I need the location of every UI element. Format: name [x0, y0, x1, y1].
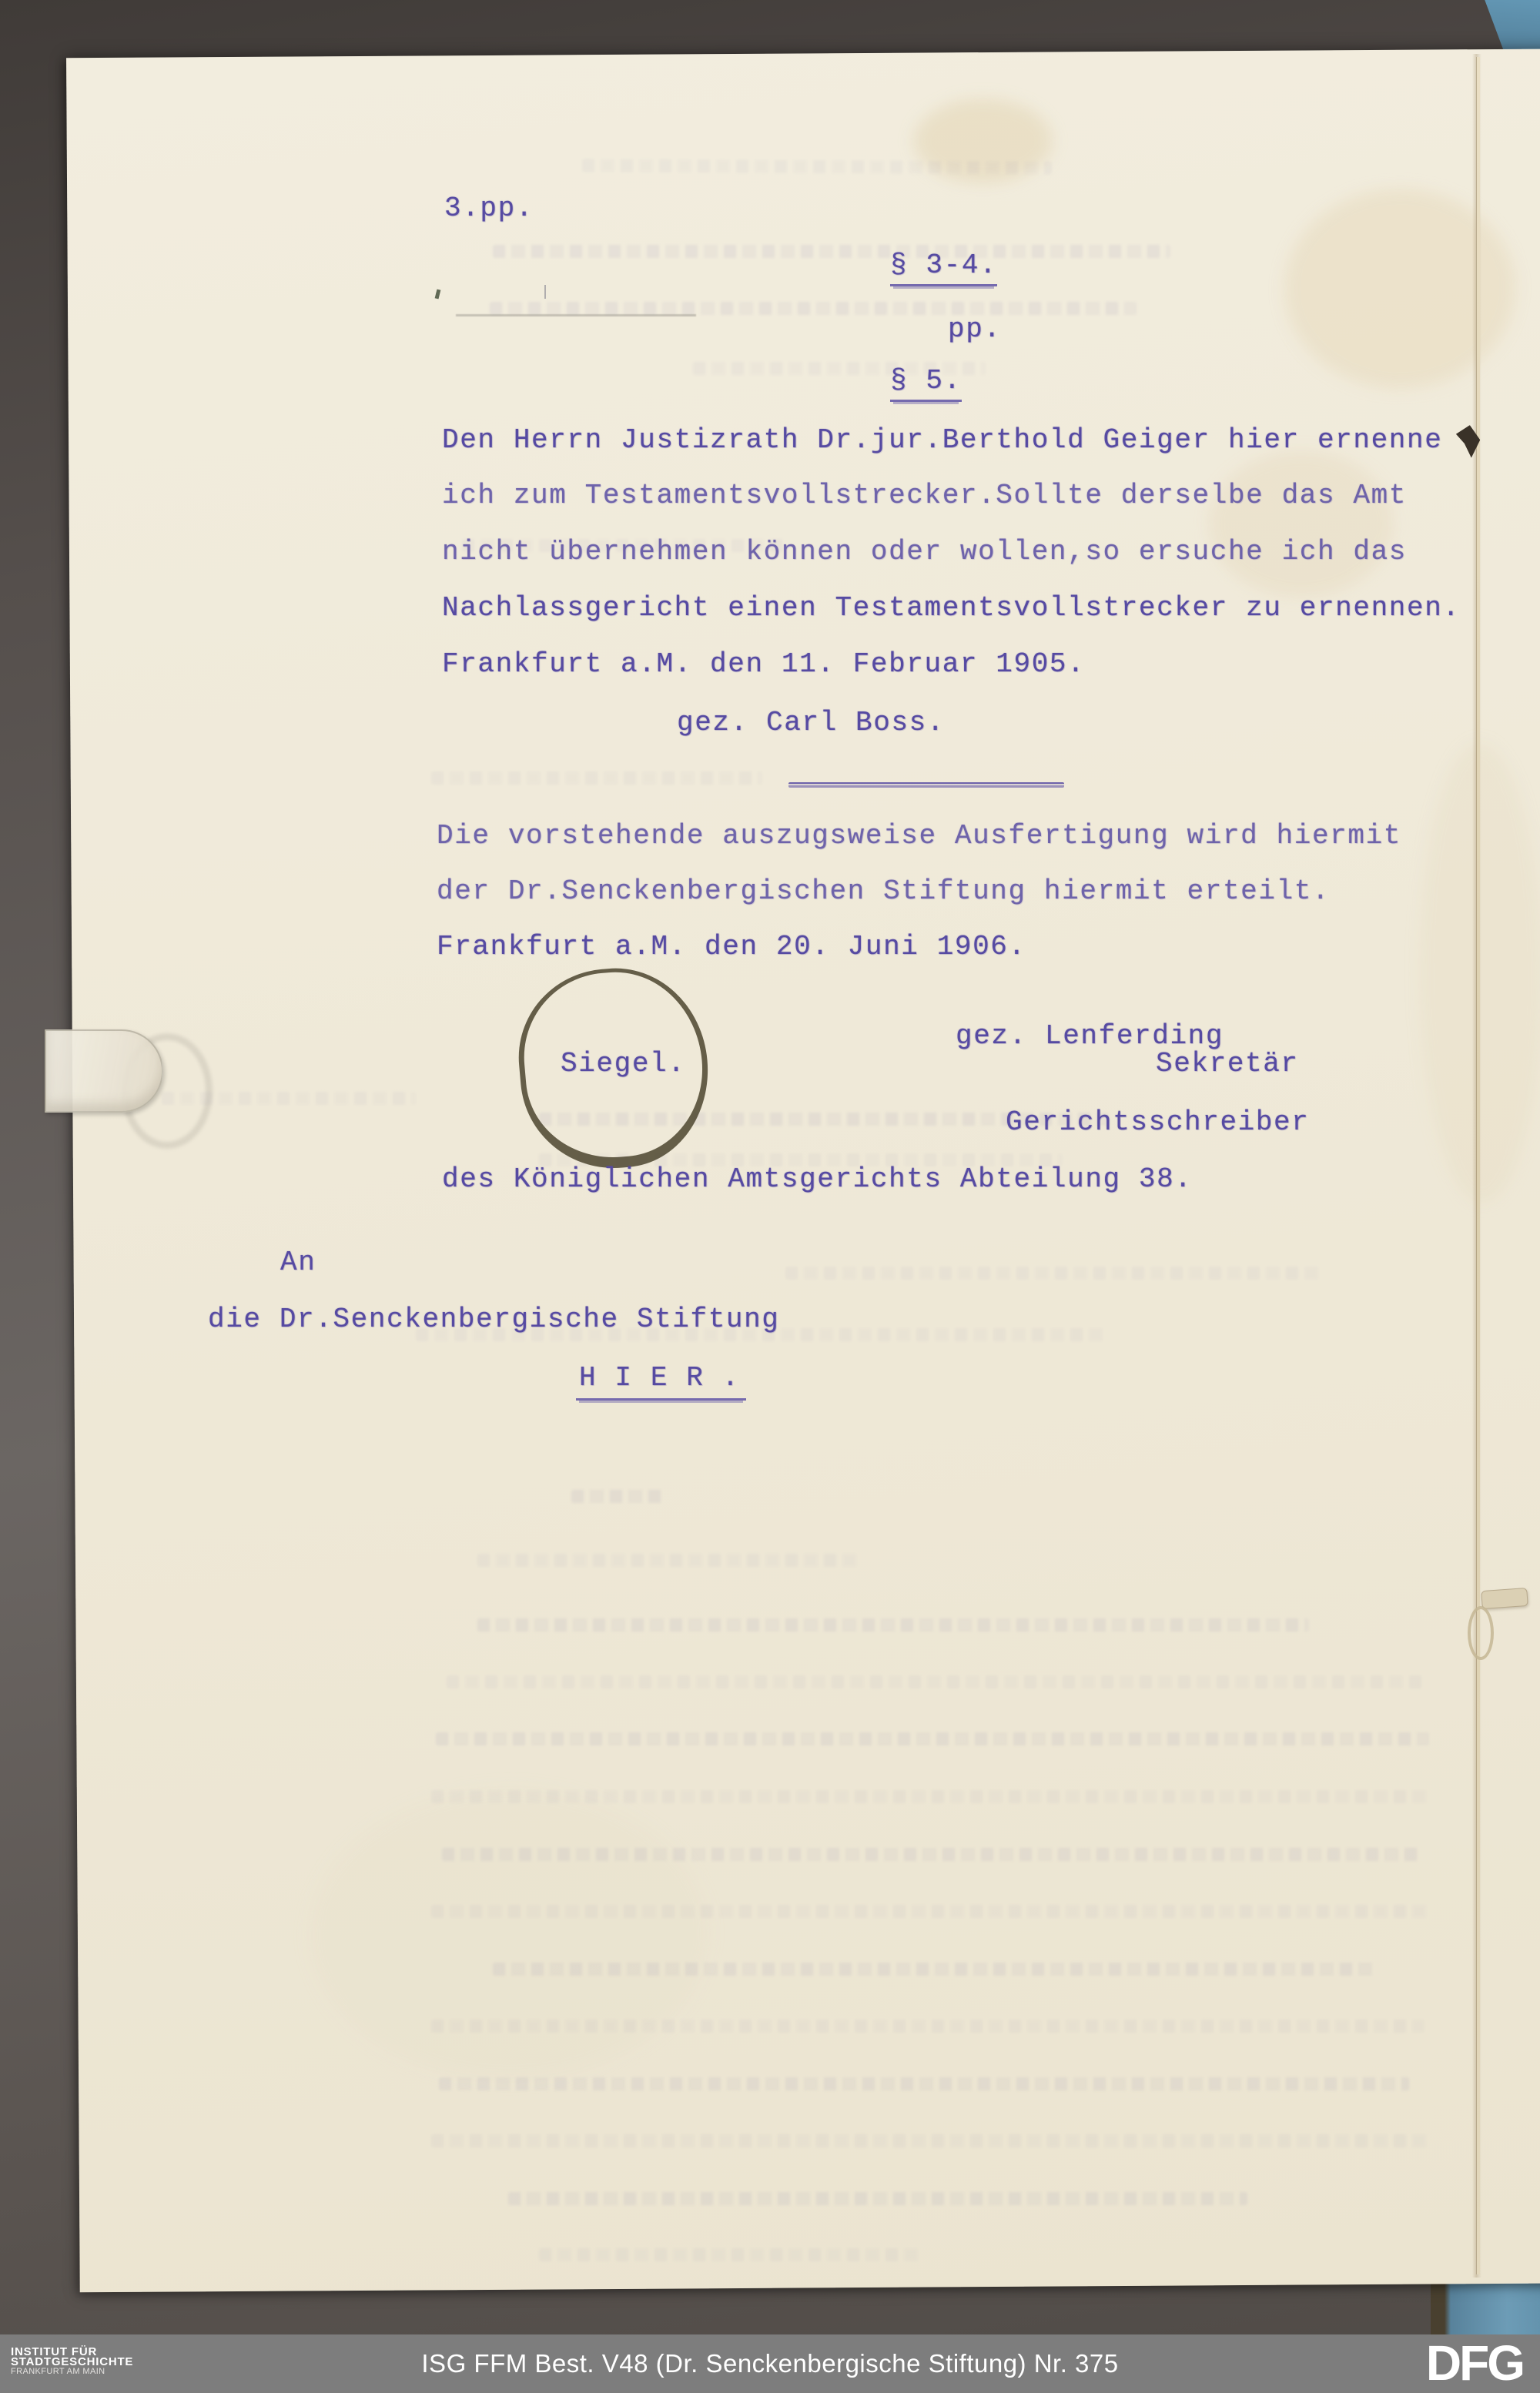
ghost-line	[477, 1618, 1309, 1632]
ghost-line	[431, 1790, 1432, 1803]
section-heading-5: § 5.	[890, 366, 962, 397]
paper-stain	[1208, 450, 1394, 597]
ghost-line	[539, 2248, 924, 2261]
ghost-line	[431, 771, 762, 785]
thread-knot	[1481, 1588, 1528, 1609]
certification-line: Die vorstehende auszugsweise Ausfertigun…	[437, 821, 1401, 852]
page-note: 3.pp.	[444, 193, 534, 224]
ghost-line	[442, 1848, 1420, 1861]
ghost-line	[508, 2192, 1247, 2205]
ghost-line	[447, 1675, 1424, 1688]
archive-reference: ISG FFM Best. V48 (Dr. Senckenbergische …	[0, 2334, 1540, 2393]
signature-lenferding: gez. Lenferding	[956, 1021, 1224, 1052]
ghost-line	[493, 245, 1170, 258]
paper-stain	[308, 1786, 710, 2081]
signature-role: Gerichtsschreiber	[1006, 1107, 1309, 1138]
section-heading-3-4: § 3-4.	[890, 250, 997, 281]
ghost-line	[436, 1732, 1429, 1745]
ghost-line	[493, 1963, 1378, 1976]
seal-label: Siegel.	[561, 1049, 685, 1079]
address-place: H I E R .	[576, 1363, 746, 1394]
address-to: An	[280, 1247, 316, 1278]
section-heading-5-text: § 5.	[890, 365, 962, 402]
pp-abbreviation: pp.	[948, 314, 1002, 345]
court-line: des Königlichen Amtsgerichts Abteilung 3…	[442, 1164, 1193, 1195]
ghost-line	[431, 1905, 1432, 1918]
body-line: Den Herrn Justizrath Dr.jur.Berthold Gei…	[442, 425, 1442, 456]
address-place-text: H I E R .	[576, 1362, 746, 1401]
binding-thread	[1476, 57, 1480, 2274]
signature-title: Sekretär	[1156, 1049, 1299, 1079]
section-heading-3-4-text: § 3-4.	[890, 249, 997, 286]
ghost-line	[477, 1554, 862, 1567]
ghost-line	[571, 1490, 664, 1503]
certification-line: der Dr.Senckenbergischen Stiftung hiermi…	[437, 876, 1330, 907]
body-line: ich zum Testamentsvollstrecker.Sollte de…	[442, 480, 1407, 511]
body-line: nicht übernehmen können oder wollen,so e…	[442, 537, 1407, 567]
ghost-line	[431, 2020, 1424, 2033]
pencil-tick	[544, 285, 546, 299]
address-recipient: die Dr.Senckenbergische Stiftung	[208, 1304, 780, 1335]
translucent-clip	[45, 1029, 163, 1113]
ghost-line	[439, 2077, 1409, 2090]
body-line: Nachlassgericht einen Testamentsvollstre…	[442, 593, 1461, 624]
body-line: Frankfurt a.M. den 11. Februar 1905.	[442, 649, 1085, 680]
signature-carl-boss: gez. Carl Boss.	[677, 708, 945, 738]
pencil-line	[456, 314, 696, 316]
scanned-document-page: 3.pp. § 3-4. pp. § 5. Den Herrn Justizra…	[0, 0, 1540, 2393]
certification-line: Frankfurt a.M. den 20. Juni 1906.	[437, 932, 1026, 962]
ghost-line	[490, 302, 1137, 315]
ghost-line	[582, 159, 1052, 174]
ghost-line	[785, 1267, 1324, 1280]
typed-divider-line	[788, 782, 1064, 788]
dfg-logo: DFG	[1426, 2334, 1523, 2393]
ghost-line	[431, 2134, 1432, 2147]
thread-loop	[1468, 1606, 1494, 1660]
